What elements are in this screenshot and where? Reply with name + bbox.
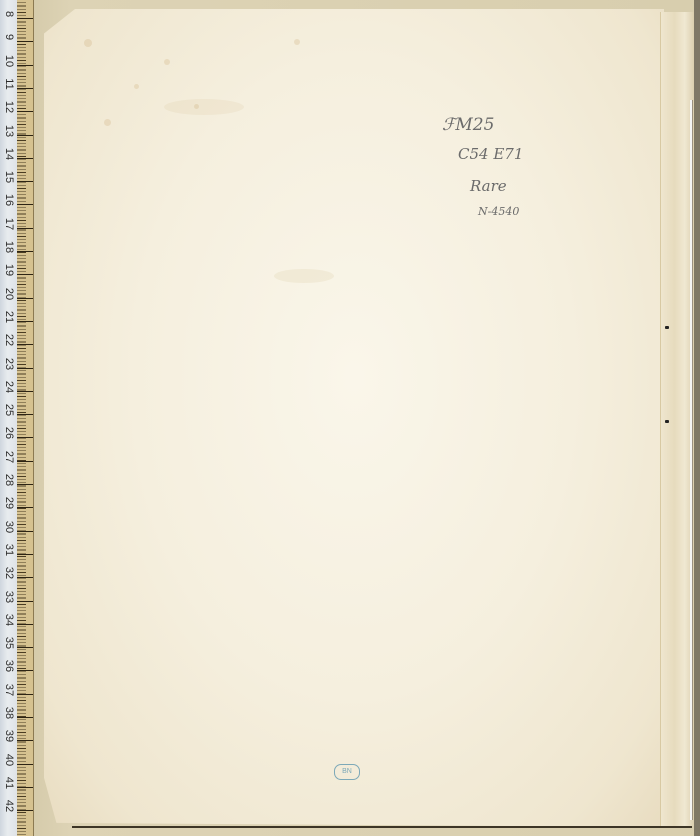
ruler-major-tick <box>17 158 33 159</box>
document-page <box>44 9 664 827</box>
ruler-number: 40 <box>2 752 16 768</box>
measurement-ruler: 8910111213141516171819202122232425262728… <box>0 0 34 836</box>
ruler-major-tick <box>17 764 33 765</box>
ruler-major-tick <box>17 65 33 66</box>
ruler-major-tick <box>17 601 33 602</box>
ruler-major-tick <box>17 647 33 648</box>
ruler-major-tick <box>17 437 33 438</box>
ruler-major-tick <box>17 391 33 392</box>
spine-fold-line <box>690 100 692 820</box>
faded-print-stain <box>274 269 334 283</box>
ruler-number: 32 <box>2 565 16 581</box>
ruler-major-tick <box>17 694 33 695</box>
foxing-stain <box>164 59 170 65</box>
ruler-major-tick <box>17 787 33 788</box>
ruler-number: 22 <box>2 332 16 348</box>
foxing-stain <box>134 84 139 89</box>
ruler-number: 18 <box>2 239 16 255</box>
faded-print-stain <box>164 99 244 115</box>
ruler-major-tick <box>17 624 33 625</box>
ruler-number: 33 <box>2 589 16 605</box>
ruler-major-tick <box>17 484 33 485</box>
ruler-major-tick <box>17 18 33 19</box>
ruler-major-tick <box>17 274 33 275</box>
ruler-number: 23 <box>2 356 16 372</box>
ruler-number: 41 <box>2 775 16 791</box>
ruler-number: 9 <box>2 29 16 45</box>
ruler-number: 35 <box>2 635 16 651</box>
note-line-1: ℱM25 <box>442 115 494 135</box>
note-line-2: C54 E71 <box>458 145 523 163</box>
ruler-number: 12 <box>2 99 16 115</box>
ruler-major-tick <box>17 507 33 508</box>
ruler-number: 37 <box>2 682 16 698</box>
ruler-major-tick <box>17 228 33 229</box>
ruler-number: 34 <box>2 612 16 628</box>
ruler-number: 16 <box>2 192 16 208</box>
ruler-number: 26 <box>2 425 16 441</box>
ruler-major-tick <box>17 41 33 42</box>
page-bottom-edge <box>72 826 692 828</box>
ruler-number: 10 <box>2 53 16 69</box>
binding-hole <box>665 326 669 329</box>
ruler-label-strip: 8910111213141516171819202122232425262728… <box>0 0 17 836</box>
ruler-number: 42 <box>2 798 16 814</box>
ruler-major-tick <box>17 251 33 252</box>
ruler-major-tick <box>17 111 33 112</box>
ruler-major-tick <box>17 321 33 322</box>
ruler-number: 25 <box>2 402 16 418</box>
scan-edge <box>694 0 700 836</box>
ruler-number: 17 <box>2 216 16 232</box>
ruler-major-tick <box>17 414 33 415</box>
ruler-number: 14 <box>2 146 16 162</box>
foxing-stain <box>104 119 111 126</box>
ruler-major-tick <box>17 810 33 811</box>
ruler-major-tick <box>17 461 33 462</box>
ruler-major-tick <box>17 298 33 299</box>
ruler-number: 36 <box>2 658 16 674</box>
ruler-number: 19 <box>2 262 16 278</box>
ruler-number: 27 <box>2 449 16 465</box>
ruler-major-tick <box>17 88 33 89</box>
ruler-major-tick <box>17 740 33 741</box>
ruler-major-tick <box>17 181 33 182</box>
foxing-stain <box>84 39 92 47</box>
note-line-4: N-4540 <box>478 205 519 218</box>
ruler-major-tick <box>17 344 33 345</box>
ruler-major-tick <box>17 368 33 369</box>
ruler-number: 29 <box>2 495 16 511</box>
ruler-major-tick <box>17 135 33 136</box>
ruler-number: 13 <box>2 123 16 139</box>
ruler-tick-scale <box>17 0 35 836</box>
ruler-number: 38 <box>2 705 16 721</box>
ruler-major-tick <box>17 204 33 205</box>
ruler-number: 20 <box>2 286 16 302</box>
ruler-major-tick <box>17 554 33 555</box>
ruler-major-tick <box>17 577 33 578</box>
ruler-number: 21 <box>2 309 16 325</box>
ruler-number: 11 <box>2 76 16 92</box>
library-stamp: BN <box>334 764 360 780</box>
ruler-number: 28 <box>2 472 16 488</box>
ruler-number: 15 <box>2 169 16 185</box>
ruler-number: 8 <box>2 6 16 22</box>
ruler-number: 39 <box>2 728 16 744</box>
ruler-major-tick <box>17 717 33 718</box>
ruler-number: 30 <box>2 519 16 535</box>
foxing-stain <box>294 39 300 45</box>
note-line-3: Rare <box>470 177 507 195</box>
ruler-major-tick <box>17 531 33 532</box>
ruler-major-tick <box>17 670 33 671</box>
ruler-number: 24 <box>2 379 16 395</box>
ruler-number: 31 <box>2 542 16 558</box>
binding-hole <box>665 420 669 423</box>
